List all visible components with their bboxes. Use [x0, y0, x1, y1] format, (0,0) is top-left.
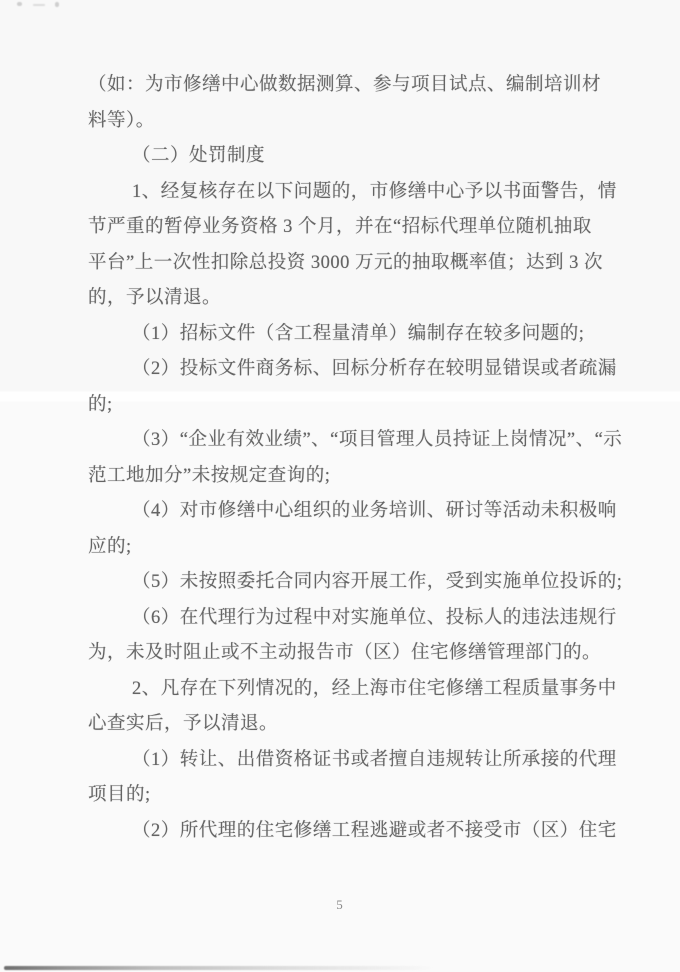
- text-line: 项目的;: [88, 778, 604, 814]
- text-line: 的，予以清退。: [88, 281, 604, 317]
- text-line: （1）转让、出借资格证书或者擅自违规转让所承接的代理: [88, 743, 604, 779]
- scanned-document-page: （如：为市修缮中心做数据测算、参与项目试点、编制培训材料等）。（二）处罚制度1、…: [0, 0, 680, 972]
- scan-artifact-top-left: [17, 2, 22, 6]
- text-line: 1、经复核存在以下问题的，市修缮中心予以书面警告，情: [88, 175, 604, 211]
- text-line: 2、凡存在下列情况的，经上海市住宅修缮工程质量事务中: [88, 672, 604, 708]
- text-line: （2）所代理的住宅修缮工程逃避或者不接受市（区）住宅: [88, 814, 604, 850]
- text-line: （3）“企业有效业绩”、“项目管理人员持证上岗情况”、“示: [88, 423, 604, 459]
- text-line: 应的;: [88, 530, 604, 566]
- text-line: （2）投标文件商务标、回标分析存在较明显错误或者疏漏: [88, 352, 604, 388]
- text-line: 节严重的暂停业务资格 3 个月，并在“招标代理单位随机抽取: [88, 210, 604, 246]
- text-line: （5）未按照委托合同内容开展工作，受到实施单位投诉的;: [88, 565, 604, 601]
- text-line: （6）在代理行为过程中对实施单位、投标人的违法违规行: [88, 601, 604, 637]
- text-line: （如：为市修缮中心做数据测算、参与项目试点、编制培训材: [88, 68, 604, 104]
- text-line: （4）对市修缮中心组织的业务培训、研讨等活动未积极响: [88, 494, 604, 530]
- text-line: （1）招标文件（含工程量清单）编制存在较多问题的;: [88, 317, 604, 353]
- text-line: 料等）。: [88, 104, 604, 140]
- page-number: 5: [0, 897, 680, 913]
- scan-artifact-top-left: [55, 2, 59, 7]
- scan-artifact-top-left: [33, 4, 45, 6]
- document-body-text: （如：为市修缮中心做数据测算、参与项目试点、编制培训材料等）。（二）处罚制度1、…: [88, 68, 604, 849]
- scan-artifact-bottom-edge: [4, 966, 434, 970]
- text-line: 平台”上一次性扣除总投资 3000 万元的抽取概率值；达到 3 次: [88, 246, 604, 282]
- text-line: 的;: [88, 388, 604, 424]
- text-line: 为，未及时阻止或不主动报告市（区）住宅修缮管理部门的。: [88, 636, 604, 672]
- text-line: （二）处罚制度: [88, 139, 604, 175]
- text-line: 心查实后，予以清退。: [88, 707, 604, 743]
- text-line: 范工地加分”未按规定查询的;: [88, 459, 604, 495]
